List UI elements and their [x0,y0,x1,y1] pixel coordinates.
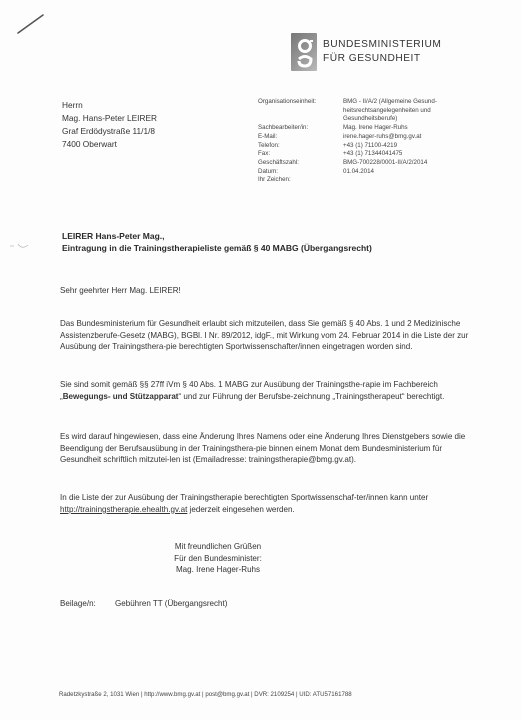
letter-salutation: Sehr geehrter Herr Mag. LEIRER! [60,285,480,297]
ministry-name-line1: BUNDESMINISTERIUM [323,38,441,52]
sender-metadata: Organisationseinheit: BMG - II/A/2 (Allg… [258,98,518,185]
paragraph-authorization: Sie sind somit gemäß §§ 27ff iVm § 40 Ab… [60,379,480,402]
meta-value: BMG-700228/0001-II/A/2/2014 [343,159,518,168]
attachment-line: Beilage/n: Gebühren TT (Übergangsrecht) [60,599,227,608]
meta-label: Ihr Zeichen: [258,176,343,185]
meta-label: Sachbearbeiter/in: [258,124,343,133]
attachment-label: Beilage/n: [60,599,115,608]
meta-label: Datum: [258,168,343,177]
meta-value: +43 (1) 71344041475 [343,150,518,159]
attachment-value: Gebühren TT (Übergangsrecht) [115,599,227,608]
trainingstherapie-link[interactable]: http://trainingstherapie.ehealth.gv.at [60,505,187,514]
recipient-salutation: Herrn [62,99,157,112]
specialty-field: Bewegungs- und Stützapparat [63,392,179,401]
paragraph-authorization-text-end: “ und zur Führung der Berufsbe-zeichnung… [178,392,444,401]
subject-line1: LEIRER Hans-Peter Mag., [62,230,372,242]
meta-value[interactable]: irene.hager-ruhs@bmg.gv.at [343,133,518,142]
recipient-street: Graf Erdödystraße 11/1/8 [62,125,157,138]
paragraph-notification: Es wird darauf hingewiesen, dass eine Än… [60,431,480,466]
recipient-city: 7400 Oberwart [62,138,157,151]
meta-row-fax: Fax: +43 (1) 71344041475 [258,150,518,159]
ministry-name-line2: FÜR GESUNDHEIT [323,52,441,66]
meta-row-org-unit: Organisationseinheit: BMG - II/A/2 (Allg… [258,98,518,124]
margin-mark [8,236,30,256]
meta-value: Mag. Irene Hager-Ruhs [343,124,518,133]
meta-label: Fax: [258,150,343,159]
closing-block: Mit freundlichen Grüßen Für den Bundesmi… [158,541,278,576]
paragraph-list-info: In die Liste der zur Ausübung der Traini… [60,492,480,515]
meta-row-phone: Telefon: +43 (1) 71100-4219 [258,142,518,151]
ministry-name: BUNDESMINISTERIUM FÜR GESUNDHEIT [323,38,441,66]
subject-line2: Eintragung in die Trainingstherapieliste… [62,242,372,254]
meta-row-email: E-Mail: irene.hager-ruhs@bmg.gv.at [258,133,518,142]
meta-row-clerk: Sachbearbeiter/in: Mag. Irene Hager-Ruhs [258,124,518,133]
meta-value [343,176,518,185]
closing-on-behalf: Für den Bundesminister: [158,553,278,565]
meta-row-date: Datum: 01.04.2014 [258,168,518,177]
paragraph-list-text: In die Liste der zur Ausübung der Traini… [60,493,428,502]
meta-label: E-Mail: [258,133,343,142]
pen-stroke-mark [16,12,46,36]
recipient-name: Mag. Hans-Peter LEIRER [62,112,157,125]
paragraph-registration: Das Bundesministerium für Gesundheit erl… [60,318,480,353]
recipient-address: Herrn Mag. Hans-Peter LEIRER Graf Erdödy… [62,99,157,151]
meta-label: Geschäftszahl: [258,159,343,168]
meta-row-file-number: Geschäftszahl: BMG-700228/0001-II/A/2/20… [258,159,518,168]
meta-value: BMG - II/A/2 (Allgemeine Gesund-heitsrec… [343,98,448,124]
footer-contact: Radetzkystraße 2, 1031 Wien | http://www… [59,691,352,698]
paragraph-list-text-end: jederzeit eingesehen werden. [187,505,294,514]
meta-label: Telefon: [258,142,343,151]
g-letter-icon [295,37,315,69]
meta-row-your-reference: Ihr Zeichen: [258,176,518,185]
closing-signatory: Mag. Irene Hager-Ruhs [158,564,278,576]
meta-value: 01.04.2014 [343,168,518,177]
closing-greeting: Mit freundlichen Grüßen [158,541,278,553]
meta-value: +43 (1) 71100-4219 [343,142,518,151]
meta-label: Organisationseinheit: [258,98,343,124]
subject-block: LEIRER Hans-Peter Mag., Eintragung in di… [62,230,372,254]
ministry-logo-icon [291,33,317,71]
